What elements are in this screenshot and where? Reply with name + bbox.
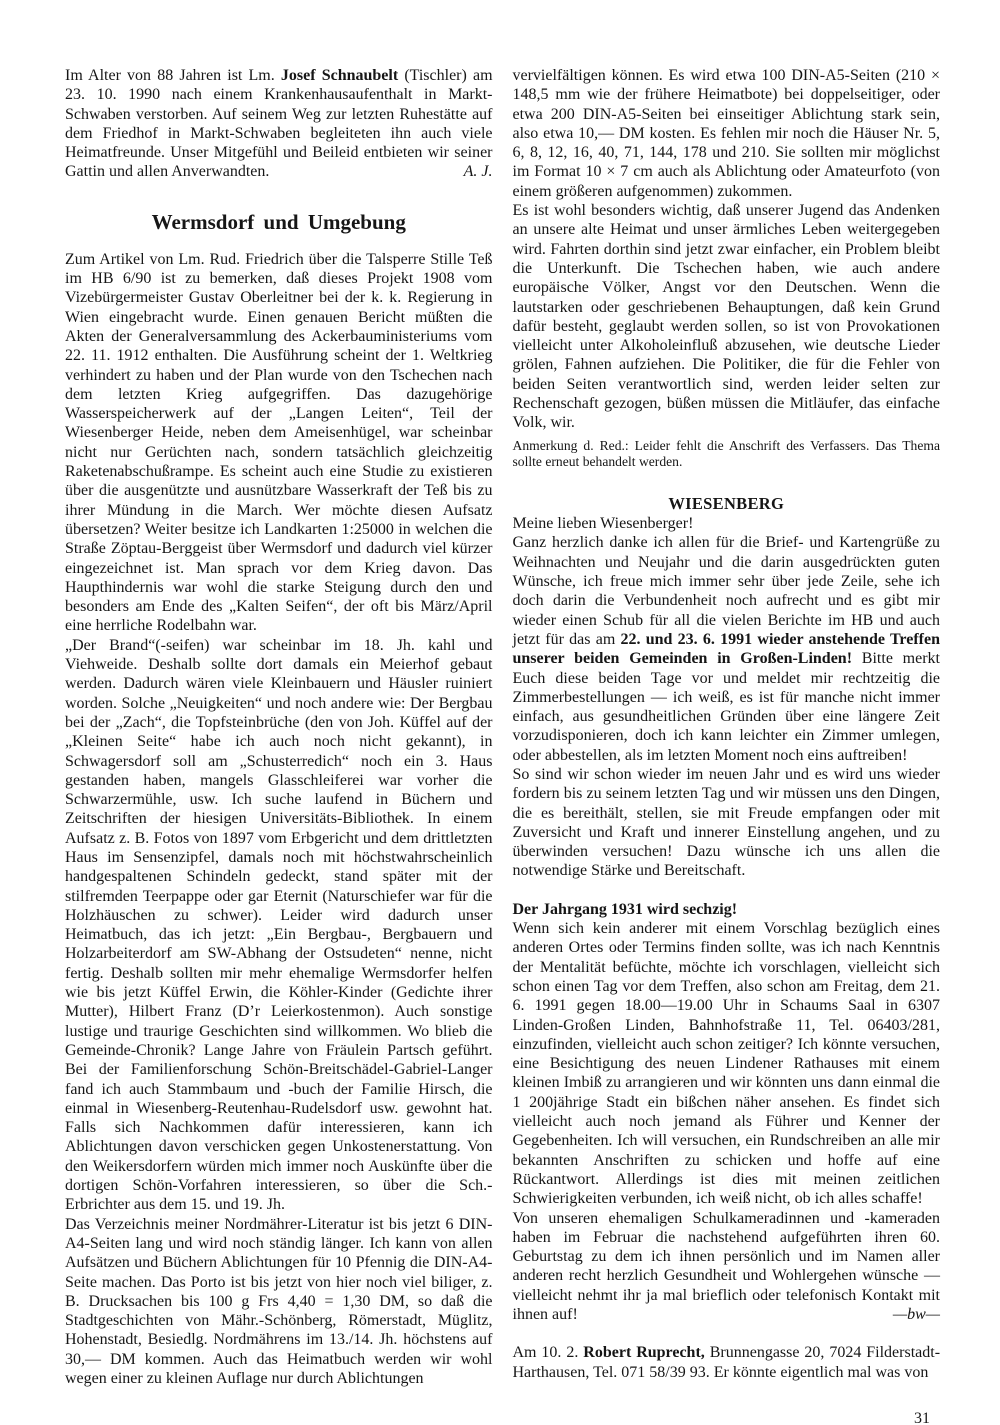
heimat-paragraph: Es ist wohl besonders wichtig, daß unser… bbox=[513, 201, 941, 433]
page-number: 31 bbox=[513, 1409, 941, 1425]
wermsdorf-paragraph-2: „Der Brand“(-seifen) war scheinbar im 18… bbox=[65, 636, 493, 1215]
treffen-text-cont: Bitte merkt Euch diese beiden Tage vor u… bbox=[513, 650, 941, 763]
document-page: Im Alter von 88 Jahren ist Lm. Josef Sch… bbox=[0, 0, 1000, 1425]
two-column-layout: Im Alter von 88 Jahren ist Lm. Josef Sch… bbox=[65, 66, 940, 1425]
obituary-signature: A. J. bbox=[452, 162, 493, 181]
obituary-text-cont: (Tischler) am 23. 10. 1990 nach einem Kr… bbox=[65, 67, 493, 180]
birthday-paragraph: Von unseren ehemaligen Schulkameradinnen… bbox=[513, 1209, 941, 1325]
jahrgang-paragraph: Wenn sich kein anderer mit einem Vorschl… bbox=[513, 919, 941, 1208]
section-heading-wiesenberg: WIESENBERG bbox=[513, 494, 941, 513]
ruprecht-paragraph: Am 10. 2. Robert Ruprecht, Brunnengasse … bbox=[513, 1343, 941, 1382]
wermsdorf-paragraph-3: Das Verzeichnis meiner Nordmährer-Litera… bbox=[65, 1215, 493, 1389]
right-column: vervielfältigen können. Es wird etwa 100… bbox=[513, 66, 941, 1425]
obituary-text: Im Alter von 88 Jahren ist Lm. bbox=[65, 67, 281, 84]
treffen-paragraph: Ganz herzlich danke ich allen für die Br… bbox=[513, 533, 941, 765]
subheading-jahrgang-1931: Der Jahrgang 1931 wird sechzig! bbox=[513, 900, 941, 919]
ruprecht-name: Robert Ruprecht, bbox=[583, 1344, 705, 1361]
birthday-text: Von unseren ehemaligen Schulkameradinnen… bbox=[513, 1210, 941, 1323]
obituary-paragraph: Im Alter von 88 Jahren ist Lm. Josef Sch… bbox=[65, 66, 493, 182]
wermsdorf-paragraph-1: Zum Artikel von Lm. Rud. Friedrich über … bbox=[65, 250, 493, 636]
ruprecht-date: Am 10. 2. bbox=[513, 1344, 584, 1361]
left-column: Im Alter von 88 Jahren ist Lm. Josef Sch… bbox=[65, 66, 493, 1425]
salutation: Meine lieben Wiesenberger! bbox=[513, 514, 941, 533]
neujahr-paragraph: So sind wir schon wieder im neuen Jahr u… bbox=[513, 765, 941, 881]
bw-signature: —bw— bbox=[881, 1305, 940, 1324]
editor-note: Anmerkung d. Red.: Leider fehlt die Ansc… bbox=[513, 438, 941, 471]
obituary-name: Josef Schnaubelt bbox=[281, 67, 398, 84]
continuation-paragraph: vervielfältigen können. Es wird etwa 100… bbox=[513, 66, 941, 201]
section-heading-wermsdorf: Wermsdorf und Umgebung bbox=[65, 210, 493, 234]
